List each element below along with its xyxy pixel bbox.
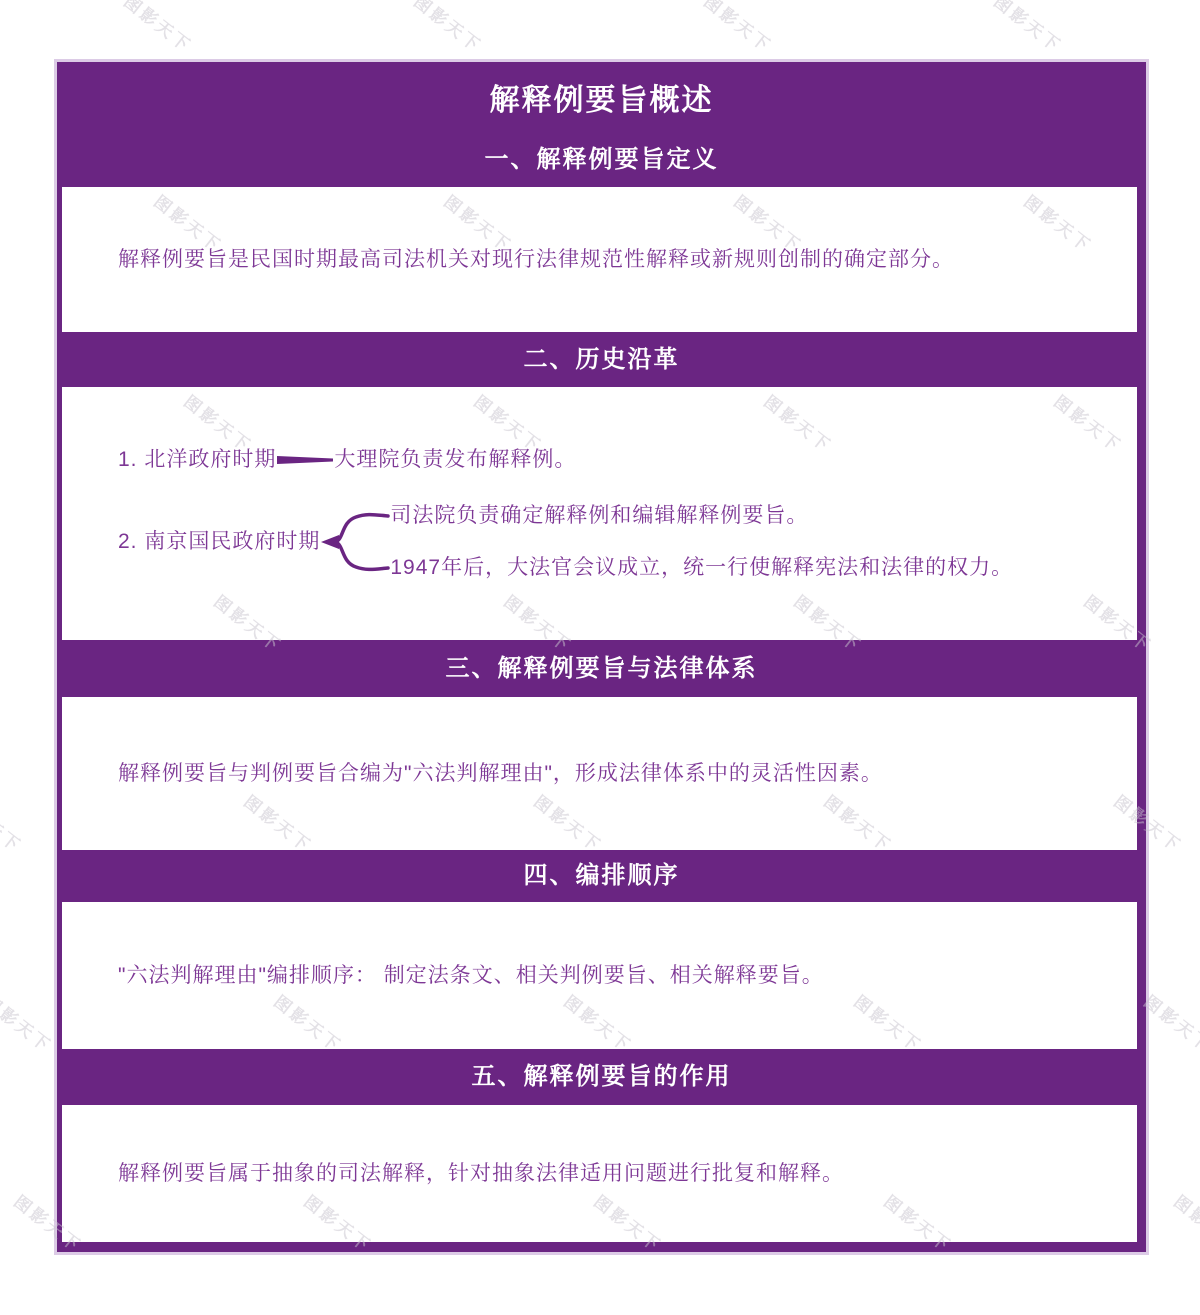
section-2-content: 1. 北洋政府时期 大理院负责发布解释例。 2. 南京国民政府时期 司法院负责确…: [62, 387, 1137, 640]
watermark-text: 图影天下: [0, 988, 58, 1057]
mindmap-child-text: 司法院负责确定解释例和编辑解释例要旨。: [390, 502, 1013, 530]
section-1-content: 解释例要旨是民国时期最高司法机关对现行法律规范性解释或新规则创制的确定部分。: [62, 187, 1137, 332]
watermark-text: 图影天下: [410, 0, 488, 57]
mindmap-node-label: 1. 北洋政府时期: [118, 445, 276, 475]
section-4-text: "六法判解理由"编排顺序： 制定法条文、相关判例要旨、相关解释要旨。: [118, 961, 824, 991]
section-3-header: 三、解释例要旨与法律体系: [446, 653, 758, 685]
watermark-text: 图影天下: [990, 0, 1068, 57]
page-title: 解释例要旨概述: [57, 82, 1146, 120]
watermark-text: 图影天下: [1140, 988, 1200, 1057]
brace-connector: [320, 502, 390, 582]
taper-connector-line: [277, 455, 333, 465]
section-4-band: 四、编排顺序: [57, 850, 1146, 902]
watermark-text: 图影天下: [0, 788, 28, 857]
section-2-header: 二、历史沿革: [524, 344, 680, 376]
mindmap-row-beiyang: 1. 北洋政府时期 大理院负责发布解释例。: [118, 445, 1091, 475]
section-4-content: "六法判解理由"编排顺序： 制定法条文、相关判例要旨、相关解释要旨。: [62, 902, 1137, 1049]
mindmap-card: 解释例要旨概述 一、解释例要旨定义 解释例要旨是民国时期最高司法机关对现行法律规…: [57, 62, 1146, 1252]
mindmap-child-text: 1947年后，大法官会议成立，统一行使解释宪法和法律的权力。: [390, 554, 1013, 582]
mindmap-children: 司法院负责确定解释例和编辑解释例要旨。 1947年后，大法官会议成立，统一行使解…: [390, 502, 1013, 582]
section-1-header: 一、解释例要旨定义: [57, 144, 1146, 176]
watermark-text: 图影天下: [120, 0, 198, 57]
section-2-band: 二、历史沿革: [57, 332, 1146, 387]
section-1-text: 解释例要旨是民国时期最高司法机关对现行法律规范性解释或新规则创制的确定部分。: [118, 245, 954, 275]
section-5-header: 五、解释例要旨的作用: [472, 1061, 732, 1093]
mindmap-node-label: 2. 南京国民政府时期: [118, 527, 320, 557]
section-4-header: 四、编排顺序: [524, 860, 680, 892]
section-3-content: 解释例要旨与判例要旨合编为"六法判解理由"，形成法律体系中的灵活性因素。: [62, 697, 1137, 850]
section-5-text: 解释例要旨属于抽象的司法解释，针对抽象法律适用问题进行批复和解释。: [118, 1159, 844, 1189]
section-3-text: 解释例要旨与判例要旨合编为"六法判解理由"，形成法律体系中的灵活性因素。: [118, 759, 883, 789]
section-5-content: 解释例要旨属于抽象的司法解释，针对抽象法律适用问题进行批复和解释。: [62, 1105, 1137, 1242]
section-3-band: 三、解释例要旨与法律体系: [57, 640, 1146, 697]
page: 解释例要旨概述 一、解释例要旨定义 解释例要旨是民国时期最高司法机关对现行法律规…: [0, 0, 1200, 1315]
section-5-band: 五、解释例要旨的作用: [57, 1049, 1146, 1105]
watermark-text: 图影天下: [700, 0, 778, 57]
watermark-text: 图影天下: [1170, 1188, 1200, 1257]
mindmap-row-nanjing: 2. 南京国民政府时期 司法院负责确定解释例和编辑解释例要旨。 1947年后，大…: [118, 502, 1091, 582]
mindmap-child-text: 大理院负责发布解释例。: [334, 446, 576, 474]
top-band: 解释例要旨概述 一、解释例要旨定义: [57, 62, 1146, 187]
